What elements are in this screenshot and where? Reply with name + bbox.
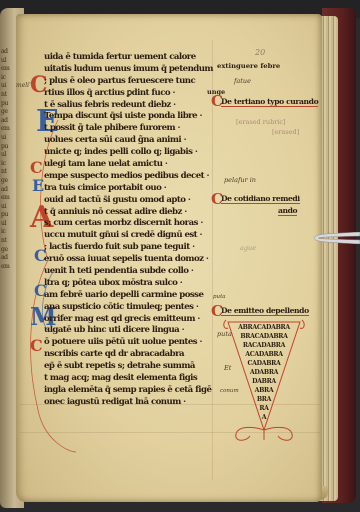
- page-clip: [312, 232, 360, 244]
- charm-line: DABRA: [222, 378, 306, 385]
- text-line: Sō potuere uiis pētū uit uolue pentes ·: [44, 337, 216, 349]
- charm-line: ADABRA: [222, 369, 306, 376]
- initial-e-blue: E: [32, 176, 44, 195]
- text-line: orrifer mag est qd grecis emitteum ·: [44, 314, 216, 326]
- rubric-continuation: ando: [278, 206, 297, 216]
- text-line: tra tuis cimice portabit ouo ·: [44, 183, 216, 195]
- charm-line: BRA: [222, 396, 306, 403]
- text-line: Tempa discunt q̄si uiste ponda libre ·: [44, 111, 216, 123]
- text-line: pulegi tam lane uelat amictu ·: [44, 159, 216, 171]
- text-line: am febrē uario depelli carmine posse: [44, 290, 216, 302]
- text-line: nscribis carte qd dr abracadabra: [44, 349, 216, 361]
- text-line: t possit g̃ tale phibere furorem ·: [44, 123, 216, 135]
- text-line: empe suspecto medios pedibus decet ·: [44, 171, 216, 183]
- margin-gloss: fatue: [234, 77, 251, 85]
- text-line: huenit h̃ teti pendentia subde collo ·: [44, 266, 216, 278]
- charm-line: RA: [222, 405, 306, 412]
- margin-gloss: ague: [240, 244, 256, 252]
- initial-c-red: C: [30, 336, 43, 355]
- text-line: houid ad tactū s̄i gustu omod apto ·: [44, 195, 216, 207]
- charm-line: A: [222, 414, 306, 421]
- margin-gloss: extinguere febre: [217, 62, 280, 70]
- text-line: Donec iagustū redigat lnā conum ·: [44, 397, 216, 409]
- faded-rubric: [erased]: [272, 128, 299, 136]
- text-line: Iuolues certa sūi caud g̃na animi ·: [44, 135, 216, 147]
- text-line: s; cum certas morbz discernit horas ·: [44, 218, 216, 230]
- charm-line: ABRACADABRA: [222, 324, 306, 331]
- initial-c-red: C: [30, 158, 43, 177]
- text-line: ; plus ē oleo partus feruescere tunc: [44, 76, 216, 88]
- text-line: ayltra q; pōtea ubox mōstra sulco ·: [44, 278, 216, 290]
- text-line: t q̄ anniuis nō cessat adire diebz ·: [44, 207, 216, 219]
- text-line: Singla elemēta q̄ semp rapies ē cetā fig…: [44, 385, 216, 397]
- folio-number: 20: [255, 48, 265, 57]
- rubric-emitteus: De emitteo depellendo: [221, 306, 309, 316]
- faded-rubric: [erased rubric]: [236, 118, 286, 126]
- margin-gloss: puta: [213, 294, 226, 300]
- text-line: Sep̄ ē subt̄ repetis s; detrahe summā: [44, 361, 216, 373]
- text-line: Quida ē tumida fertur uement calore: [44, 52, 216, 64]
- text-line: ulgatē ub̄ hinc uti dicere lingua ·: [44, 325, 216, 337]
- rubric-quotidian-remedy: De cotidiano remedi: [221, 194, 300, 204]
- text-line: uccu mutuit gn̄ui si credē dignū est ·: [44, 230, 216, 242]
- charm-line: ABRA: [222, 387, 306, 394]
- text-line: Iuitatis ludum uenus imum q̄ petendum ·: [44, 64, 216, 76]
- text-line: Vt mag acq; mag desit elementa figis: [44, 373, 216, 385]
- text-line: ana supsticio cōtic timuleq; pentes ·: [44, 302, 216, 314]
- text-line: eruō ossa iuuat sepelis tuenta domoz ·: [44, 254, 216, 266]
- charm-line: RACADABRA: [222, 342, 306, 349]
- rubric-tertian-fever: De tertiano typo curando: [221, 97, 318, 107]
- text-line: Irtius illos q̄ arctius ꝑdint fuco ·: [44, 88, 216, 100]
- text-line: punicte q; indes pelli collo q; ligabis …: [44, 147, 216, 159]
- charm-line: ACADABRA: [222, 351, 306, 358]
- margin-gloss: pelafur in: [224, 176, 256, 184]
- charm-line: BRACADABRA: [222, 333, 306, 340]
- text-line: t ē salius febris redeunt diebz ·: [44, 100, 216, 112]
- text-line: q; lactis fuerdo fuit sub pane teguit ·: [44, 242, 216, 254]
- abracadabra-charm: ABRACADABRA BRACADABRA RACADABRA ACADABR…: [222, 318, 306, 446]
- charm-line: CADABRA: [222, 360, 306, 367]
- main-text-block: Quida ē tumida fertur uement calore Iuit…: [44, 52, 216, 409]
- margin-gloss: meli': [16, 82, 31, 89]
